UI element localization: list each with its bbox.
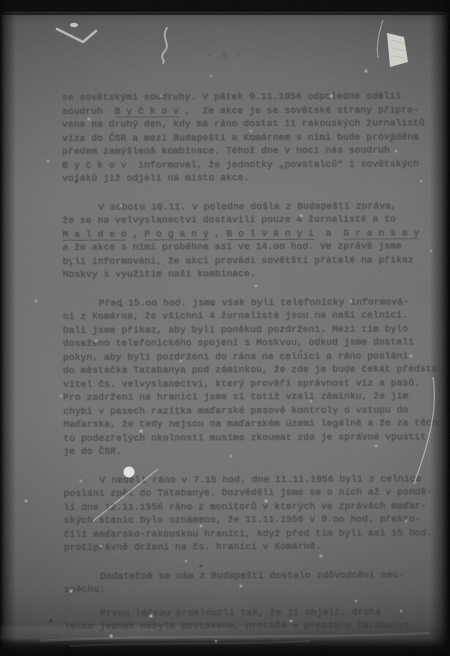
text-line: byli informováni, že akci provádí sovětš… xyxy=(63,253,443,268)
text-line: B y č k o v informoval, že jednotky „pov… xyxy=(62,157,442,172)
text-line: Pro zadržení na hranici jsme si totiž vz… xyxy=(63,389,443,404)
text-line: léčka jednak nebyla postavena, protože v… xyxy=(64,618,444,633)
paragraph: Dodatečně se nám z Budapešti dostalo zdů… xyxy=(64,568,444,597)
text-line: posláni zpět do Tatabanye. Dozvěděli jsm… xyxy=(64,485,444,500)
text-line: Maďarska, že tedy nejsou na maďarském úz… xyxy=(63,416,443,431)
text-line: ni z Komárna, že všichni 4 žurnalisté js… xyxy=(63,308,443,323)
text-line: protiprávně drženi na čs. hranici v Komá… xyxy=(64,539,444,554)
scanned-document-photo: - 4 - se sovětskými soudruhy. V pátek 9.… xyxy=(0,0,450,656)
paragraph: Prvou léčkou proklouzli tak, že jí objel… xyxy=(64,605,444,634)
text-line: vojáků již odjeli na místo akce. xyxy=(62,170,442,185)
text-line: ských stanic bylo oznámeno, že 11.11.195… xyxy=(64,512,444,527)
text-line: dosaženo telefonického spojení s Moskvou… xyxy=(63,335,443,350)
text-line: že se na velvyslanectví dostavili pouze … xyxy=(62,212,442,227)
paragraph: se sovětskými soudruhy. V pátek 9.11.195… xyxy=(62,89,442,185)
text-line: do městečka Tatabanya pod záminkou, že z… xyxy=(63,362,443,377)
text-line: vena na druhý den, kdy má ráno dostat 11… xyxy=(62,116,442,131)
document-text: se sovětskými soudruhy. V pátek 9.11.195… xyxy=(62,89,444,633)
text-line: Dodatečně se nám z Budapešti dostalo zdů… xyxy=(64,568,444,583)
text-line: spěchu: xyxy=(64,581,444,596)
text-line: Moskvy s využitím naší kombinace. xyxy=(63,266,443,281)
text-line: se sovětskými soudruhy. V pátek 9.11.195… xyxy=(62,89,442,104)
text-line: to podezřelých okolností musíme zkoumat … xyxy=(63,430,443,445)
dust-specks xyxy=(0,0,2,2)
page-number: - 4 - xyxy=(0,51,450,62)
paragraphs: se sovětskými soudruhy. V pátek 9.11.195… xyxy=(62,89,444,633)
text-line: je do ČSR. xyxy=(63,443,443,458)
text-line: čili maďarsko-rakouskou hranici, když př… xyxy=(64,526,444,541)
text-line: předem zamýšlená kombinace. Téhož dne v … xyxy=(62,143,442,158)
film-frame-edge xyxy=(0,13,450,15)
paragraph: V sobotu 10.11. v poledne došla z Budape… xyxy=(62,199,442,282)
paragraph: Před 15.oo hod. jsme však byli telefonic… xyxy=(63,295,444,459)
text-line: a že akce s nimi proběhne asi ve 14.oo h… xyxy=(62,239,442,254)
paragraph: V neděli ráno v 7.15 hod. dne 11.11.1956… xyxy=(63,472,443,555)
